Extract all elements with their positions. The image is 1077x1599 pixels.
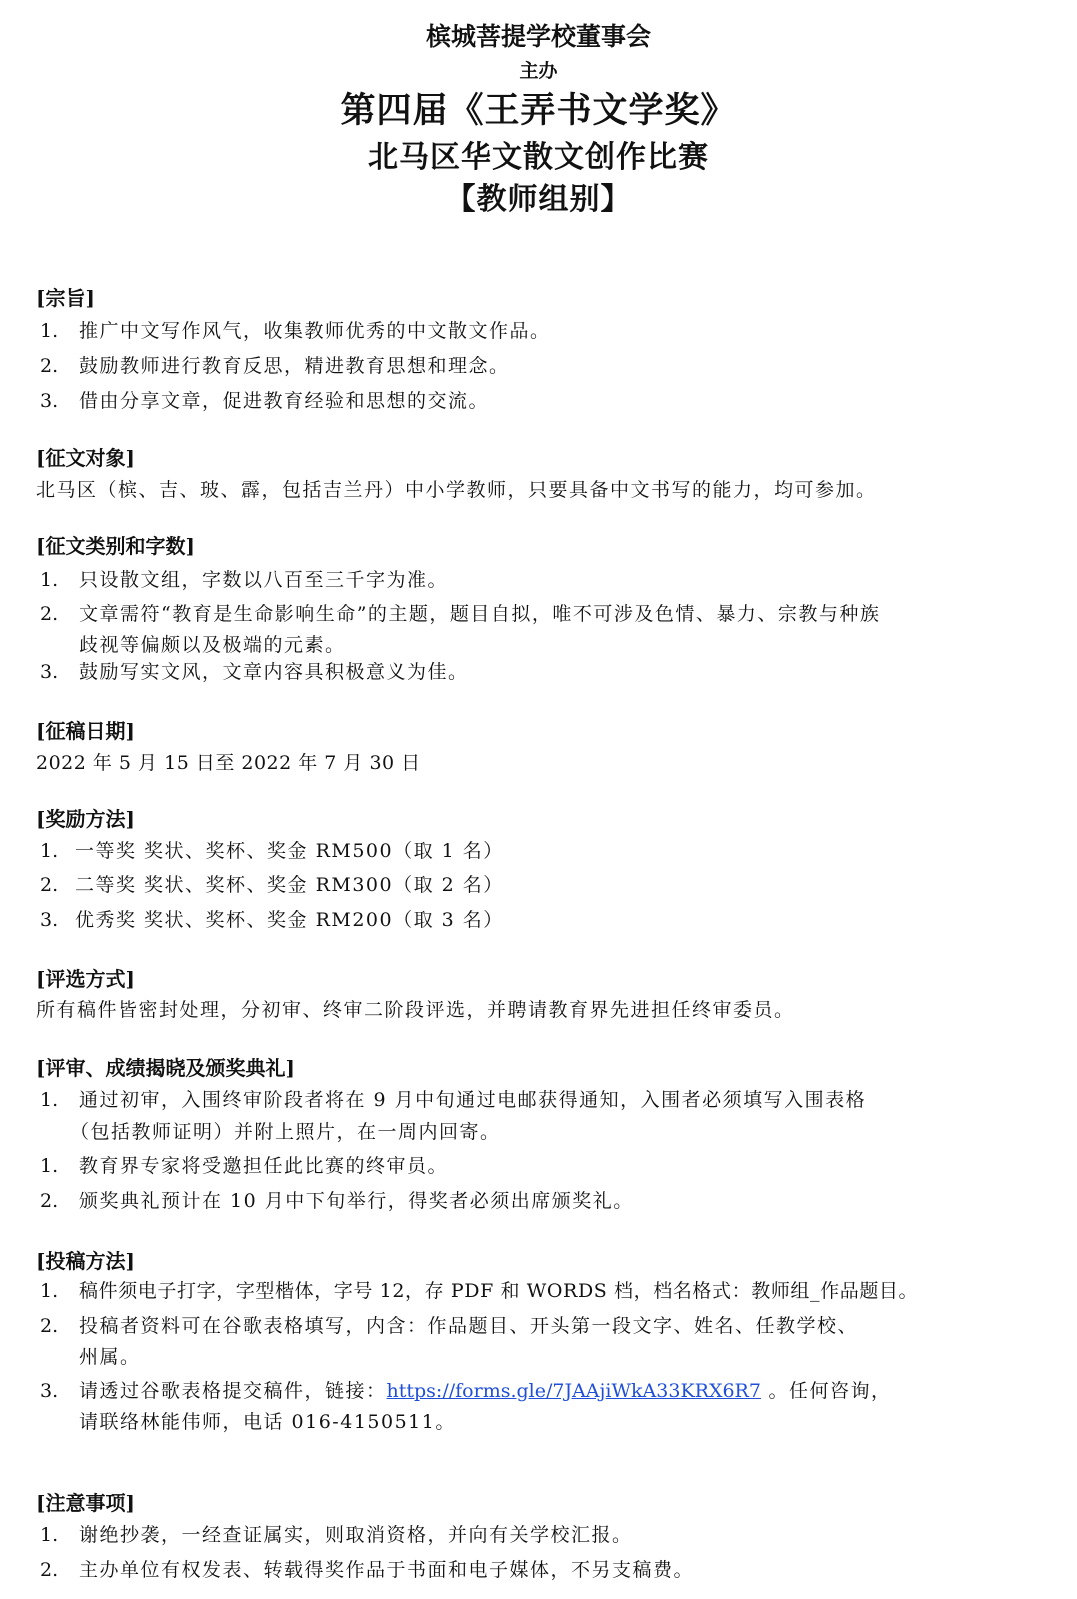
section-title-submission: [投稿方法] — [36, 1247, 135, 1275]
google-form-link[interactable]: https://forms.gle/7JAAjiWkA33KRX6R7 — [387, 1380, 761, 1402]
list-item: 通过初审，入围终审阶段者将在 9 月中旬通过电邮获得通知，入围者必须填写入围表格 — [79, 1086, 866, 1114]
list-item: 借由分享文章，促进教育经验和思想的交流。 — [79, 387, 489, 415]
list-item: 主办单位有权发表、转载得奖作品于书面和电子媒体，不另支稿费。 — [79, 1556, 694, 1584]
list-number: 2. — [40, 1187, 58, 1215]
list-item: 鼓励写实文风，文章内容具积极意义为佳。 — [79, 658, 469, 686]
list-number: 2. — [40, 1556, 58, 1584]
list-item: 颁奖典礼预计在 10 月中下旬举行，得奖者必须出席颁奖礼。 — [79, 1187, 634, 1215]
host-label: 主办 — [0, 59, 1077, 83]
section-title-notes: [注意事项] — [36, 1489, 135, 1517]
list-item: 教育界专家将受邀担任此比赛的终审员。 — [79, 1152, 448, 1180]
list-item: 谢绝抄袭，一经查证属实，则取消资格，并向有关学校汇报。 — [79, 1521, 633, 1549]
list-number: 1. — [40, 1152, 58, 1180]
list-number: 3. — [40, 1377, 58, 1405]
list-number: 1. — [40, 317, 58, 345]
list-number: 3. — [40, 906, 58, 934]
list-number: 3. — [40, 387, 58, 415]
list-number: 3. — [40, 658, 58, 686]
list-item-continued: 歧视等偏颇以及极端的元素。 — [79, 631, 346, 659]
award-title: 第四届《王弄书文学奖》 — [0, 88, 1077, 134]
list-item-continued: （包括教师证明）并附上照片，在一周内回寄。 — [70, 1118, 501, 1146]
group-label: 【教师组别】 — [0, 180, 1077, 220]
section-title-results: [评审、成绩揭晓及颁奖典礼] — [36, 1054, 295, 1082]
list-item-continued: 州属。 — [79, 1343, 141, 1371]
list-number: 1. — [40, 837, 58, 865]
submission-instruction: 请透过谷歌表格提交稿件，链接： — [79, 1380, 387, 1402]
list-item: 稿件须电子打字，字型楷体，字号 12，存 PDF 和 WORDS 档，档名格式：… — [79, 1277, 918, 1305]
list-item: 只设散文组，字数以八百至三千字为准。 — [79, 566, 448, 594]
section-title-judging: [评选方式] — [36, 965, 135, 993]
list-item: 一等奖 奖状、奖杯、奖金 RM500（取 1 名） — [75, 837, 504, 865]
list-item-continued: 请联络林能伟师，电话 016-4150511。 — [79, 1408, 456, 1436]
list-item: 文章需符“教育是生命影响生命”的主题，题目自拟，唯不可涉及色情、暴力、宗教与种族 — [79, 600, 880, 628]
organizer-heading: 槟城菩提学校董事会 — [0, 20, 1077, 54]
list-item: 二等奖 奖状、奖杯、奖金 RM300（取 2 名） — [75, 871, 504, 899]
dates-text: 2022 年 5 月 15 日至 2022 年 7 月 30 日 — [36, 749, 421, 777]
list-number: 2. — [40, 871, 58, 899]
section-title-prizes: [奖励方法] — [36, 805, 135, 833]
list-number: 1. — [40, 566, 58, 594]
list-item: 请透过谷歌表格提交稿件，链接：https://forms.gle/7JAAjiW… — [79, 1377, 892, 1405]
section-title-eligibility: [征文对象] — [36, 444, 135, 472]
list-item: 鼓励教师进行教育反思，精进教育思想和理念。 — [79, 352, 510, 380]
list-item: 投稿者资料可在谷歌表格填写，内含：作品题目、开头第一段文字、姓名、任教学校、 — [79, 1312, 858, 1340]
judging-text: 所有稿件皆密封处理，分初审、终审二阶段评选，并聘请教育界先进担任终审委员。 — [36, 996, 795, 1024]
section-title-category: [征文类别和字数] — [36, 532, 195, 560]
list-number: 1. — [40, 1086, 58, 1114]
competition-subtitle: 北马区华文散文创作比赛 — [0, 138, 1077, 178]
section-title-dates: [征稿日期] — [36, 717, 135, 745]
list-number: 2. — [40, 600, 58, 628]
list-item: 优秀奖 奖状、奖杯、奖金 RM200（取 3 名） — [75, 906, 504, 934]
eligibility-text: 北马区（槟、吉、玻、霹，包括吉兰丹）中小学教师，只要具备中文书写的能力，均可参加… — [36, 476, 877, 504]
section-title-purpose: [宗旨] — [36, 284, 95, 312]
list-number: 1. — [40, 1277, 58, 1305]
list-item: 推广中文写作风气，收集教师优秀的中文散文作品。 — [79, 317, 551, 345]
list-number: 2. — [40, 352, 58, 380]
list-number: 2. — [40, 1312, 58, 1340]
inquiry-text: 。任何咨询， — [761, 1380, 892, 1402]
list-number: 1. — [40, 1521, 58, 1549]
